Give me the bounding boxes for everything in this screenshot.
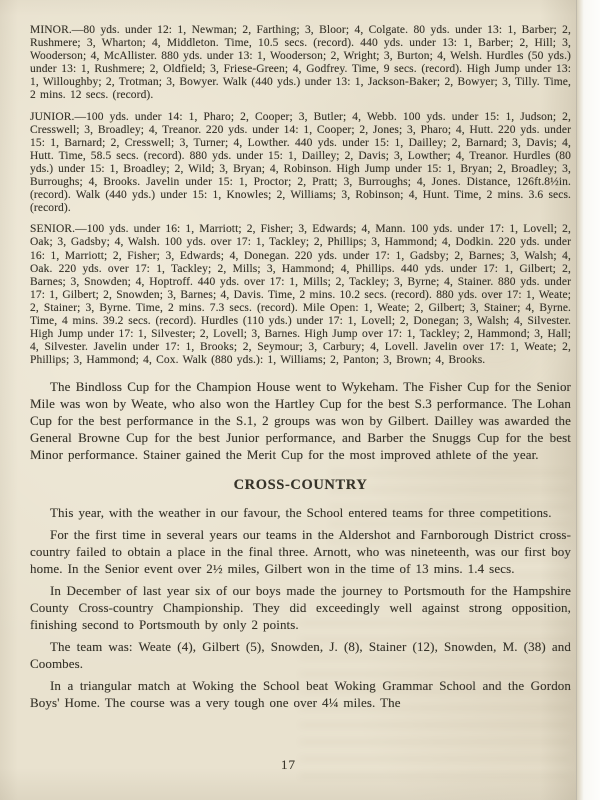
cross-country-paragraph: In a triangular match at Woking the Scho… <box>30 677 571 711</box>
junior-results-paragraph: JUNIOR.—100 yds. under 14: 1, Pharo; 2, … <box>30 111 571 216</box>
cross-country-paragraph: For the first time in several years our … <box>30 526 571 577</box>
cross-country-paragraph: The team was: Weate (4), Gilbert (5), Sn… <box>30 638 571 672</box>
page-content: MINOR.—80 yds. under 12: 1, Newman; 2, F… <box>30 24 571 716</box>
cross-country-paragraph: In December of last year six of our boys… <box>30 582 571 633</box>
cups-summary-paragraph: The Bindloss Cup for the Champion House … <box>30 378 571 463</box>
cross-country-paragraph: This year, with the weather in our favou… <box>30 504 571 521</box>
scan-edge-right <box>576 0 600 800</box>
scanned-magazine-page: MINOR.—80 yds. under 12: 1, Newman; 2, F… <box>0 0 600 800</box>
minor-results-paragraph: MINOR.—80 yds. under 12: 1, Newman; 2, F… <box>30 24 571 103</box>
cross-country-heading: CROSS-COUNTRY <box>30 477 571 494</box>
senior-results-paragraph: SENIOR.—100 yds. under 16: 1, Marriott; … <box>30 223 571 367</box>
page-number: 17 <box>0 757 577 773</box>
